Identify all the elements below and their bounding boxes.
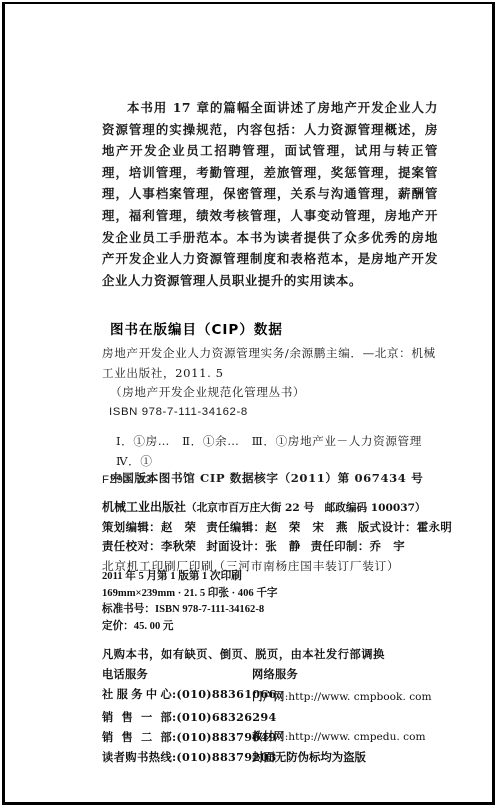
price-line: 定价：45. 00 元: [102, 619, 278, 636]
layout-designer-label: 版式设计：: [358, 520, 417, 534]
cip-title: 图书在版编目（CIP）数据: [110, 318, 283, 338]
web-item: 门户网:http://www. cmpbook. com: [252, 684, 442, 707]
print-manager-label: 责任印制：: [311, 539, 370, 553]
layout-designer: 霍永明: [417, 520, 452, 534]
proofreader-label: 责任校对：: [102, 539, 161, 553]
editors-row: 策划编辑：赵 荣责任编辑：赵 荣 宋 燕版式设计：霍永明: [102, 518, 442, 537]
cip-classification: Ⅰ．①房… Ⅱ．①余… Ⅲ．①房地产业－人力资源管理 Ⅳ．①: [102, 432, 438, 471]
cip-record: 房地产开发企业人力资源管理实务/余源鹏主编．—北京：机械工业出版社，2011. …: [102, 344, 438, 491]
proofreader: 李秋荣: [161, 539, 196, 553]
format-line: 169mm×239mm · 21. 5 印张 · 406 千字: [102, 586, 278, 603]
phone-item: 销售一部:(010)68326294: [102, 707, 252, 727]
phone-service-heading: 电话服务: [102, 664, 252, 684]
responsible-editor: 赵 荣 宋 燕: [265, 520, 348, 534]
portal-link: :http://www. cmpbook. com: [285, 691, 432, 703]
planning-editor-label: 策划编辑：: [102, 520, 161, 534]
cover-designer-label: 封面设计：: [206, 539, 265, 553]
copyright-page: 本书用 17 章的篇幅全面讲述了房地产开发企业人力资源管理的实操规范，内容包括：…: [2, 2, 495, 805]
return-notice: 凡购本书，如有缺页、倒页、脱页，由本社发行部调换: [102, 644, 442, 664]
standard-number-line: 标准书号：ISBN 978-7-111-34162-8: [102, 602, 278, 619]
publisher-address: （北京市百万庄大街 22 号 邮政编码 100037）: [186, 502, 426, 514]
cover-designer: 张 静: [265, 539, 300, 553]
web-item: 教材网:http://www. cmpedu. com: [252, 727, 442, 747]
customer-service: 凡购本书，如有缺页、倒页、脱页，由本社发行部调换 电话服务 网络服务 社服务中心…: [102, 644, 442, 767]
textbook-link: :http://www. cmpedu. com: [285, 731, 426, 743]
web-service-heading: 网络服务: [252, 664, 442, 684]
staff-row: 责任校对：李秋荣封面设计：张 静责任印制：乔 宇: [102, 537, 442, 556]
cip-isbn: ISBN 978-7-111-34162-8: [102, 403, 438, 423]
cip-entry: 房地产开发企业人力资源管理实务/余源鹏主编．—北京：机械工业出版社，2011. …: [102, 344, 438, 383]
anti-counterfeit-notice: 封面无防伪标均为盗版: [252, 747, 442, 767]
phone-item: 社服务中心:(010)88361066: [102, 684, 252, 707]
book-summary: 本书用 17 章的篇幅全面讲述了房地产开发企业人力资源管理的实操规范，内容包括：…: [102, 97, 438, 291]
publisher-info: 机械工业出版社（北京市百万庄大街 22 号 邮政编码 100037） 策划编辑：…: [102, 498, 442, 576]
print-manager: 乔 宇: [370, 539, 405, 553]
responsible-editor-label: 责任编辑：: [206, 520, 265, 534]
cip-approval-number: 中国版本图书馆 CIP 数据核字（2011）第 067434 号: [110, 470, 423, 486]
phone-item: 读者购书热线:(010)88379203: [102, 747, 252, 767]
edition-line: 2011 年 5 月第 1 版第 1 次印刷: [102, 569, 278, 586]
print-specs: 2011 年 5 月第 1 版第 1 次印刷 169mm×239mm · 21.…: [102, 569, 278, 635]
planning-editor: 赵 荣: [161, 520, 196, 534]
cip-series: （房地产开发企业规范化管理丛书）: [102, 383, 438, 403]
publisher-name: 机械工业出版社: [102, 500, 186, 514]
phone-item: 销售二部:(010)88379649: [102, 727, 252, 747]
